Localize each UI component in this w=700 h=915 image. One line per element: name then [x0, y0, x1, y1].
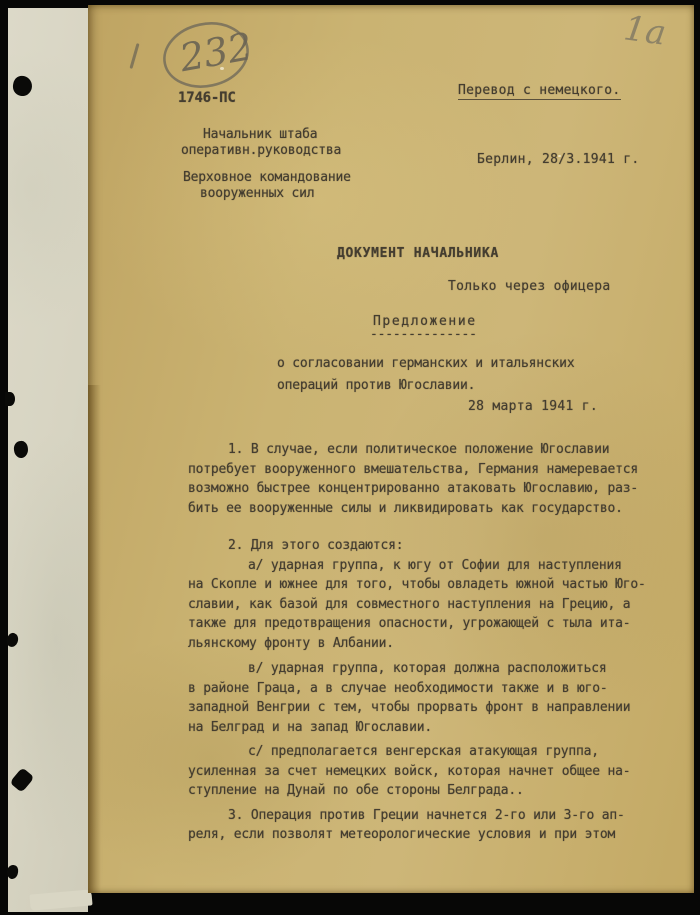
classification-stamp: ДОКУМЕНТ НАЧАЛЬНИКА — [337, 246, 499, 261]
document-body: 1. В случае, если политическое положение… — [188, 440, 668, 845]
folio-number: 1a — [621, 8, 668, 53]
body-line: западной Венгрии с тем, чтобы прорвать ф… — [188, 698, 668, 718]
body-line: реля, если позволят метеорологические ус… — [188, 825, 668, 845]
translation-note: Перевод с немецкого. — [458, 83, 621, 100]
body-line: усиленная за счет немецких войск, котора… — [188, 762, 668, 782]
issuer-line: оперативн.руководства — [181, 143, 341, 158]
body-line: ступление на Дунай по обе стороны Белгра… — [188, 781, 668, 801]
paragraph-2-intro: 2. Для этого создаются: — [188, 536, 668, 556]
body-line: 3. Операция против Греции начнется 2-го … — [188, 806, 668, 826]
document-date: 28 марта 1941 г. — [468, 399, 598, 414]
dateline: Берлин, 28/3.1941 г. — [477, 152, 640, 167]
document-number: 1746-ПС — [178, 90, 236, 106]
body-line: на Скопле и южнее для того, чтобы овладе… — [188, 575, 668, 595]
page-edge-shadow — [88, 385, 101, 893]
body-line: в районе Граца, а в случае необходимости… — [188, 679, 668, 699]
body-line: льянскому фронту в Албании. — [188, 634, 668, 654]
body-line: 2. Для этого создаются: — [188, 536, 668, 556]
body-line: возможно быстрее концентрированно атаков… — [188, 479, 668, 499]
archive-number-text: 232 — [175, 24, 255, 80]
body-line: с/ предполагается венгерская атакующая г… — [188, 742, 668, 762]
issuer-line: Верховное командование — [183, 170, 351, 185]
paragraph-3: 3. Операция против Греции начнется 2-го … — [188, 806, 668, 845]
body-line: на Белград и на запад Югославии. — [188, 718, 668, 738]
torn-paper-fragment — [29, 889, 92, 910]
body-line: а/ ударная группа, к югу от Софии для на… — [188, 556, 668, 576]
body-line: бить ее вооруженные силы и ликвидировать… — [188, 499, 668, 519]
title-underline-dashes: -------------- — [370, 327, 477, 342]
paragraph-2c: с/ предполагается венгерская атакующая г… — [188, 742, 668, 801]
punch-hole — [5, 392, 15, 406]
issuer-line: Начальник штаба — [203, 127, 317, 142]
subject-line: о согласовании германских и итальянских — [277, 356, 574, 371]
subject-line: операций против Югославии. — [277, 378, 475, 393]
body-line: потребует вооруженного вмешательства, Ге… — [188, 460, 668, 480]
body-line: также для предотвращения опасности, угро… — [188, 614, 668, 634]
paragraph-2a: а/ ударная группа, к югу от Софии для на… — [188, 556, 668, 654]
body-line: 1. В случае, если политическое положение… — [188, 440, 668, 460]
paragraph-2b: в/ ударная группа, которая должна распол… — [188, 659, 668, 737]
pencil-tick-mark — [129, 43, 139, 69]
body-line: в/ ударная группа, которая должна распол… — [188, 659, 668, 679]
issuer-line: вооруженных сил — [200, 186, 314, 201]
paragraph-1: 1. В случае, если политическое положение… — [188, 440, 668, 518]
document-page: 232 1a 1746-ПС Перевод с немецкого. Нача… — [88, 5, 694, 893]
body-line: славии, как базой для совместного наступ… — [188, 595, 668, 615]
circled-archive-number: 232 — [160, 15, 256, 91]
handling-note: Только через офицера — [448, 279, 611, 294]
scanned-document: 232 1a 1746-ПС Перевод с немецкого. Нача… — [0, 0, 700, 915]
